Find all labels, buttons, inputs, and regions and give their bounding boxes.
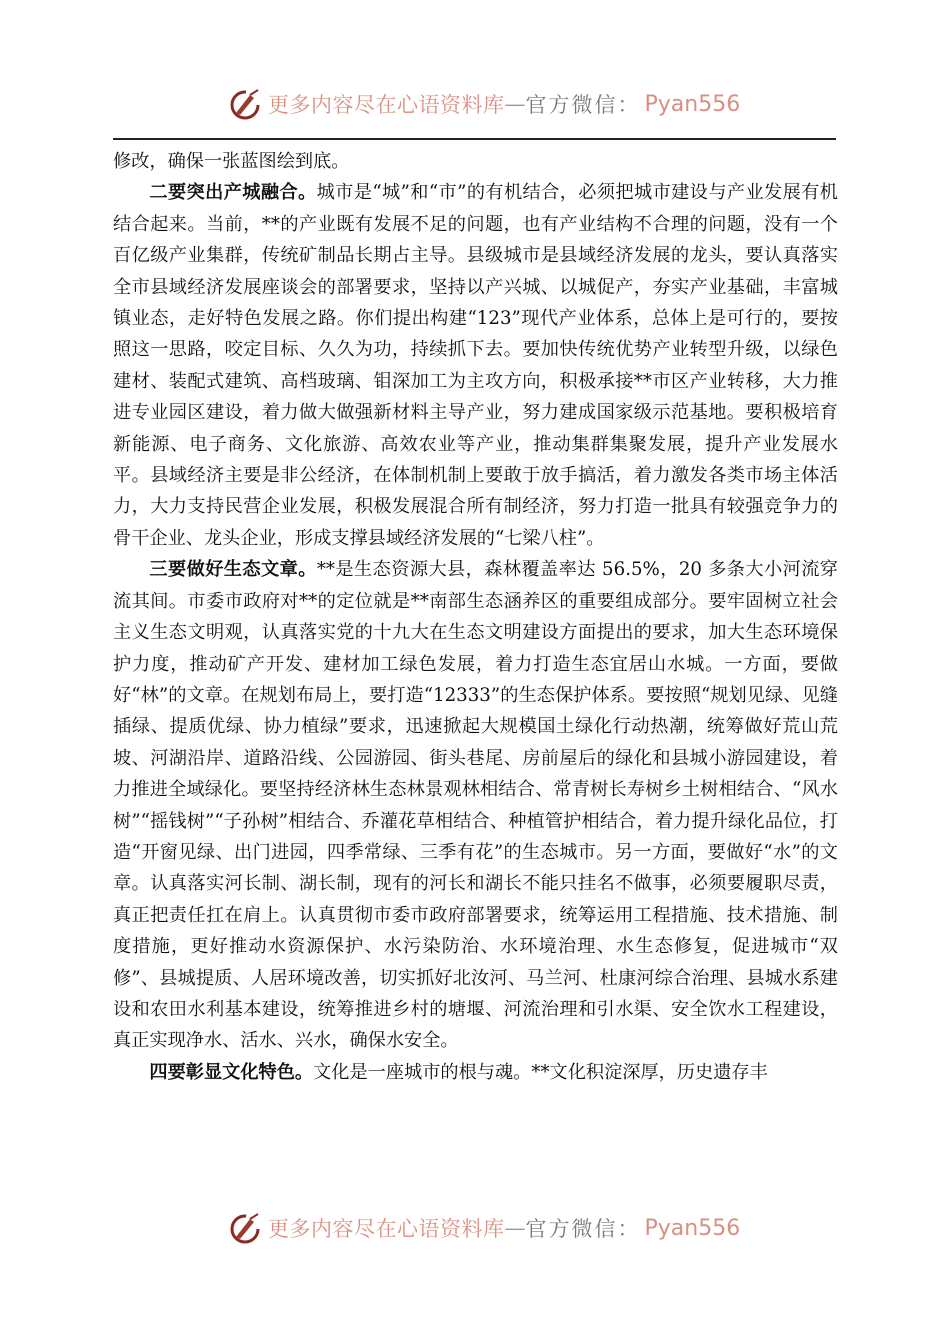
paragraph-text: 文化是一座城市的根与魂。**文化积淀深厚，历史遗存丰 [313, 1062, 768, 1083]
section-heading: 四要彰显文化特色。 [149, 1062, 313, 1083]
site-name: 更多内容尽在心语资料库 [268, 1213, 505, 1243]
document-body: 修改，确保一张蓝图绘到底。 二要突出产城融合。城市是“城”和“市”的有机结合，必… [113, 146, 838, 1088]
header-divider [113, 138, 836, 140]
wechat-label: 官方微信： [526, 89, 641, 119]
paragraph-text: **是生态资源大县，森林覆盖率达 56.5%，20 多条大小河流穿流其间。市委市… [113, 559, 838, 1051]
quill-pen-logo-icon [228, 1211, 262, 1245]
paragraph-text: 修改，确保一张蓝图绘到底。 [113, 151, 349, 172]
section-heading: 二要突出产城融合。 [149, 182, 316, 203]
wechat-id: Pyan556 [645, 1216, 741, 1241]
banner-dash: — [505, 1216, 526, 1240]
paragraph-text: 城市是“城”和“市”的有机结合，必须把城市建设与产业发展有机结合起来。当前，**… [113, 182, 838, 548]
paragraph-culture: 四要彰显文化特色。文化是一座城市的根与魂。**文化积淀深厚，历史遗存丰 [113, 1057, 838, 1088]
header-banner: 更多内容尽在心语资料库 — 官方微信： Pyan556 [228, 84, 740, 124]
footer-banner: 更多内容尽在心语资料库 — 官方微信： Pyan556 [228, 1208, 740, 1248]
site-name: 更多内容尽在心语资料库 [268, 89, 505, 119]
banner-dash: — [505, 92, 526, 116]
paragraph-industry-city: 二要突出产城融合。城市是“城”和“市”的有机结合，必须把城市建设与产业发展有机结… [113, 177, 838, 554]
section-heading: 三要做好生态文章。 [149, 559, 316, 580]
wechat-label: 官方微信： [526, 1213, 641, 1243]
quill-pen-logo-icon [228, 87, 262, 121]
wechat-id: Pyan556 [645, 92, 741, 117]
paragraph-continuation: 修改，确保一张蓝图绘到底。 [113, 146, 838, 177]
paragraph-ecology: 三要做好生态文章。**是生态资源大县，森林覆盖率达 56.5%，20 多条大小河… [113, 554, 838, 1057]
